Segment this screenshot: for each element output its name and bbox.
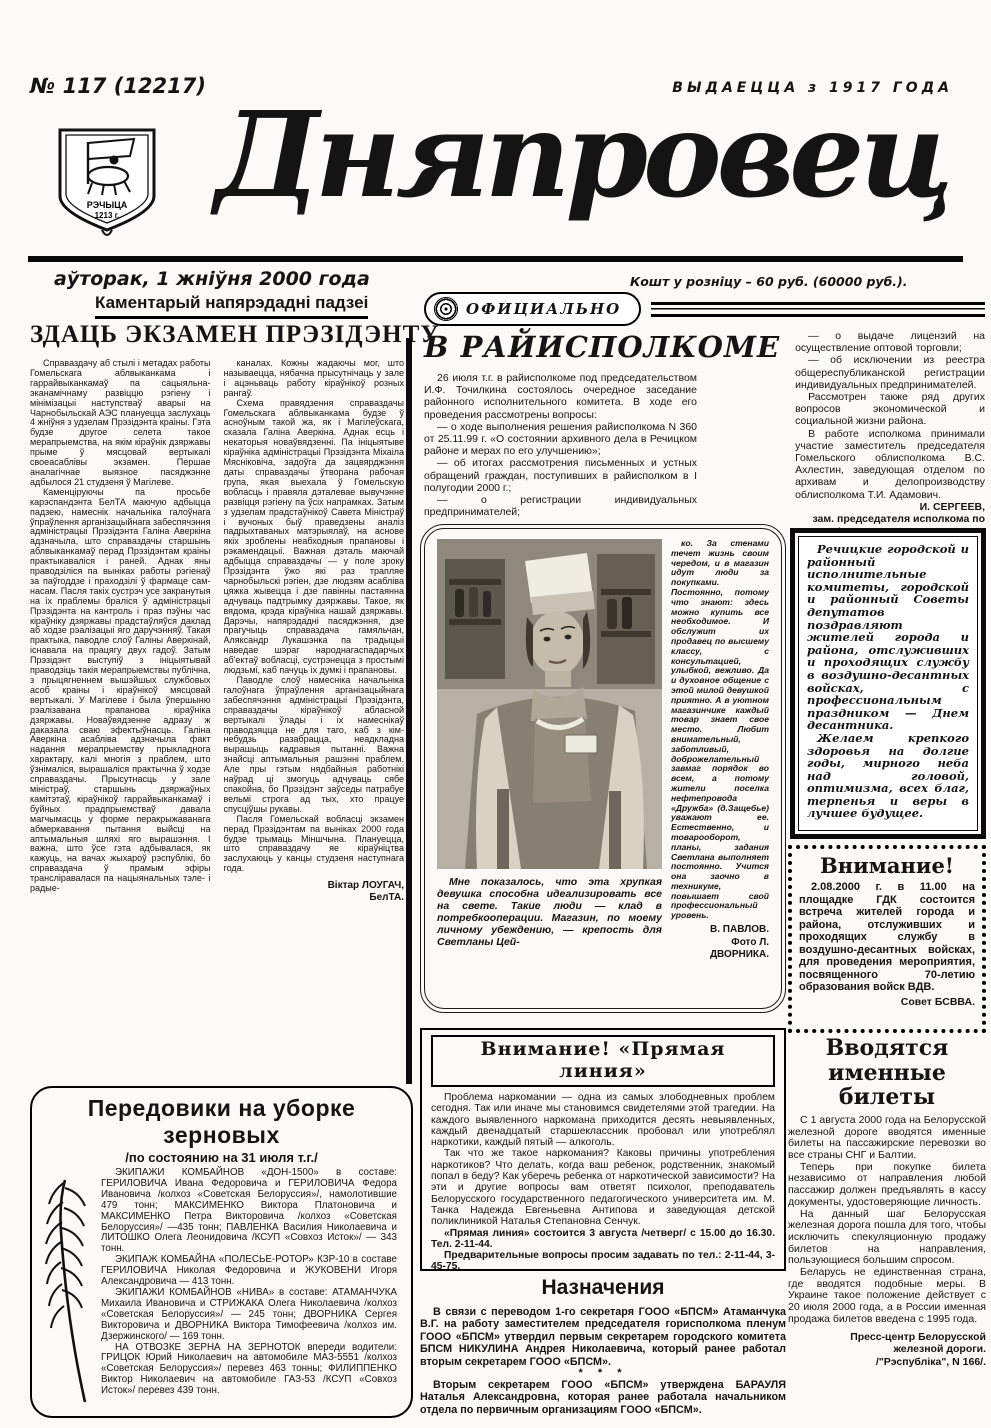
official-headline: В РАЙИСПОЛКОМЕ — [424, 330, 780, 364]
official-badge-label: ОФИЦИАЛЬНО — [466, 300, 621, 318]
official-rule — [651, 302, 985, 317]
greeting-box: Речицкие городской и районный исполнител… — [790, 528, 986, 839]
tickets-article: Вводятся именные билеты С 1 августа 2000… — [788, 1036, 986, 1426]
greeting-text: Речицкие городской и районный исполнител… — [798, 536, 978, 831]
lead-byline: Віктар ЛОУГАЧ,БелТА. — [224, 880, 405, 904]
official-badge: ОФИЦИАЛЬНО — [424, 292, 641, 326]
hotline-title: Внимание! «Прямая линия» — [431, 1035, 775, 1087]
harvest-title: Передовики на уборке зерновых — [46, 1095, 397, 1149]
lead-kicker: Каментарый напярэдадні падзеі — [95, 293, 368, 319]
newspaper-title: Дняпровец — [188, 84, 976, 262]
harvest-body: ЭКИПАЖИ КОМБАЙНОВ «ДОН-1500» в составе: … — [46, 1168, 397, 1397]
official-section: ОФИЦИАЛЬНО В РАЙИСПОЛКОМЕ 26 июля т.г. в… — [424, 292, 985, 563]
price-line: Кошт у розніцу – 60 руб. (60000 руб.). — [630, 274, 908, 289]
horseman-shield-icon: РЭЧЫЦА 1213 г. — [52, 126, 162, 240]
target-rings-icon — [434, 297, 458, 321]
city-coat-of-arms: РЭЧЫЦА 1213 г. — [52, 126, 162, 240]
appointments-title: Назначения — [420, 1276, 786, 1300]
appointments-p2: Вторым секретарем ГООО «БПСМ» утверждена… — [420, 1379, 786, 1416]
harvest-leaders-box: Передовики на уборке зерновых /по состоя… — [30, 1086, 413, 1418]
tickets-byline: Пресс-центр Белорусскойжелезной дороги./… — [788, 1331, 986, 1369]
appointments-section: Назначения В связи с переводом 1-го секр… — [420, 1276, 786, 1426]
tickets-body: С 1 августа 2000 года на Белорусской жел… — [788, 1115, 986, 1326]
lead-headline: ЗДАЦЬ ЭКЗАМЕН ПРЭЗІДЭНТУ — [30, 321, 404, 349]
masthead-rule — [28, 256, 963, 262]
saleswoman-photo — [437, 539, 662, 869]
attention-title: Внимание! — [799, 853, 975, 878]
official-column-1: 26 июля т.г. в райисполкоме под председа… — [424, 372, 697, 518]
attention-box: Внимание! 2.08.2000 г. в 11.00 на площад… — [788, 845, 986, 1033]
photo-caption: Мне показалось, что эта хрупкая девушка … — [437, 876, 662, 948]
harvest-subtitle: /по состоянию на 31 июля т.г./ — [46, 1150, 397, 1165]
attention-signature: Совет БСВВА. — [799, 996, 975, 1008]
lead-article: ЗДАЦЬ ЭКЗАМЕН ПРЭЗІДЭНТУ Справаздачу аб … — [30, 321, 404, 1017]
hotline-details: «Прямая линия» состоится 3 августа /четв… — [431, 1228, 775, 1271]
attention-body: 2.08.2000 г. в 11.00 на площадке ГДК сос… — [799, 881, 975, 994]
date-line: аўторак, 1 жніўня 2000 года — [54, 268, 370, 290]
svg-text:1213 г.: 1213 г. — [95, 211, 120, 220]
svg-text:РЭЧЫЦА: РЭЧЫЦА — [87, 200, 128, 210]
vertical-divider — [406, 338, 412, 1084]
newspaper-front-page: № 117 (12217) ВЫДАЕЦЦА з 1917 ГОДА РЭЧЫЦ… — [0, 0, 991, 1428]
hotline-body: Проблема наркомании — одна из самых злоб… — [431, 1092, 775, 1228]
lead-column-2: каналах. Кожны жадаючы мог, што называец… — [224, 359, 405, 1017]
hotline-box: Внимание! «Прямая линия» Проблема нарком… — [420, 1028, 786, 1271]
lead-column-1: Справаздачу аб стылі і метадах работы Го… — [30, 359, 211, 1017]
appointments-p1: В связи с переводом 1-го секретаря ГООО … — [420, 1306, 786, 1368]
photo-feature-box: Мне показалось, что эта хрупкая девушка … — [420, 524, 786, 1013]
appointments-separator: * * * — [420, 1368, 786, 1379]
issue-number: № 117 (12217) — [30, 74, 206, 98]
tickets-headline: Вводятся именные билеты — [788, 1036, 986, 1110]
wheat-ear-icon — [41, 1172, 95, 1404]
